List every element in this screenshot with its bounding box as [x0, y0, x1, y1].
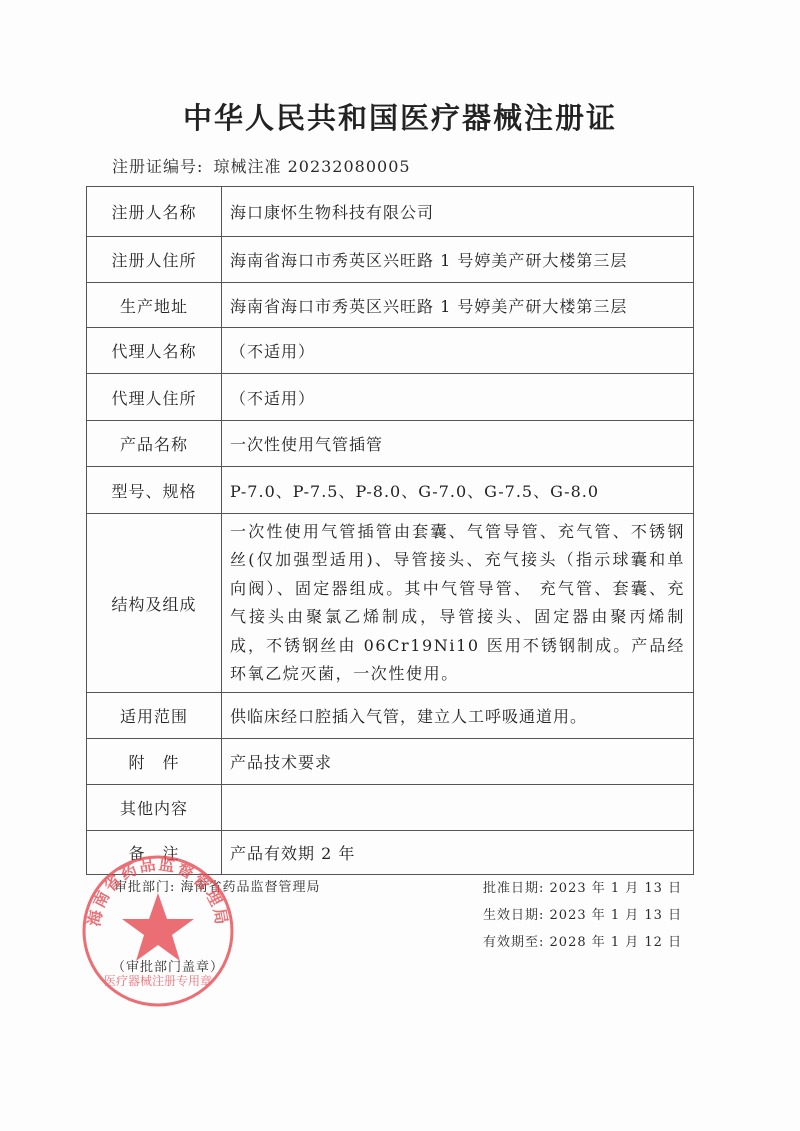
row-label-agent-address: 代理人住所	[87, 374, 222, 421]
row-value-registrant-address: 海南省海口市秀英区兴旺路 1 号婷美产研大楼第三层	[222, 237, 694, 283]
document-title: 中华人民共和国医疗器械注册证	[0, 96, 800, 137]
seal-inner-text: 医疗器械注册专用章	[104, 973, 212, 988]
row-label-scope: 适用范围	[87, 693, 222, 739]
row-value-production-address: 海南省海口市秀英区兴旺路 1 号婷美产研大楼第三层	[222, 283, 694, 328]
approval-department-value: 海南省药品监督管理局	[181, 880, 321, 895]
row-label-product-name: 产品名称	[87, 421, 222, 467]
effective-date-value: 2023 年 1 月 13 日	[550, 908, 683, 923]
registration-number-value: 琼械注准 20232080005	[214, 157, 411, 176]
expiry-date-value: 2028 年 1 月 12 日	[550, 935, 683, 950]
table-row: 备 注 产品有效期 2 年	[87, 831, 694, 875]
approval-department: 审批部门: 海南省药品监督管理局	[114, 876, 321, 895]
row-label-agent-name: 代理人名称	[87, 328, 222, 374]
seal-note: （审批部门盖章）	[112, 956, 224, 975]
row-value-agent-name: （不适用）	[222, 328, 694, 374]
registration-number-label: 注册证编号:	[112, 157, 203, 176]
approval-date-label: 批准日期:	[483, 881, 544, 896]
table-row: 型号、规格 P-7.0、P-7.5、P-8.0、G-7.0、G-7.5、G-8.…	[87, 467, 694, 514]
row-value-model-spec: P-7.0、P-7.5、P-8.0、G-7.0、G-7.5、G-8.0	[222, 467, 694, 514]
table-row: 注册人住所 海南省海口市秀英区兴旺路 1 号婷美产研大楼第三层	[87, 237, 694, 283]
expiry-date: 有效期至: 2028 年 1 月 12 日	[483, 931, 682, 958]
row-value-agent-address: （不适用）	[222, 374, 694, 421]
row-value-product-name: 一次性使用气管插管	[222, 421, 694, 467]
table-row: 结构及组成 一次性使用气管插管由套囊、气管导管、充气管、不锈钢丝(仅加强型适用)…	[87, 514, 694, 693]
certificate-table: 注册人名称 海口康怀生物科技有限公司 注册人住所 海南省海口市秀英区兴旺路 1 …	[86, 186, 694, 875]
row-label-model-spec: 型号、规格	[87, 467, 222, 514]
table-row: 产品名称 一次性使用气管插管	[87, 421, 694, 467]
table-row: 代理人住所 （不适用）	[87, 374, 694, 421]
seal-star-icon	[122, 893, 194, 961]
expiry-date-label: 有效期至:	[483, 935, 544, 950]
row-value-attachment: 产品技术要求	[222, 739, 694, 785]
table-row: 附 件 产品技术要求	[87, 739, 694, 785]
row-value-scope: 供临床经口腔插入气管，建立人工呼吸通道用。	[222, 693, 694, 739]
table-row: 代理人名称 （不适用）	[87, 328, 694, 374]
row-value-remarks: 产品有效期 2 年	[222, 831, 694, 875]
approval-date: 批准日期: 2023 年 1 月 13 日	[483, 877, 682, 904]
row-value-other	[222, 785, 694, 831]
row-label-production-address: 生产地址	[87, 283, 222, 328]
row-label-registrant-address: 注册人住所	[87, 237, 222, 283]
effective-date-label: 生效日期:	[483, 908, 544, 923]
registration-number: 注册证编号: 琼械注准 20232080005	[112, 154, 411, 177]
table-row: 生产地址 海南省海口市秀英区兴旺路 1 号婷美产研大楼第三层	[87, 283, 694, 328]
approval-department-label: 审批部门:	[114, 880, 175, 895]
approval-date-value: 2023 年 1 月 13 日	[550, 881, 683, 896]
row-value-structure: 一次性使用气管插管由套囊、气管导管、充气管、不锈钢丝(仅加强型适用)、导管接头、…	[222, 514, 694, 693]
row-label-registrant-name: 注册人名称	[87, 187, 222, 237]
row-label-attachment: 附 件	[87, 739, 222, 785]
row-label-remarks: 备 注	[87, 831, 222, 875]
row-label-structure: 结构及组成	[87, 514, 222, 693]
row-value-registrant-name: 海口康怀生物科技有限公司	[222, 187, 694, 237]
table-row: 其他内容	[87, 785, 694, 831]
row-label-other: 其他内容	[87, 785, 222, 831]
table-row: 注册人名称 海口康怀生物科技有限公司	[87, 187, 694, 237]
table-row: 适用范围 供临床经口腔插入气管，建立人工呼吸通道用。	[87, 693, 694, 739]
effective-date: 生效日期: 2023 年 1 月 13 日	[483, 904, 682, 931]
dates-block: 批准日期: 2023 年 1 月 13 日 生效日期: 2023 年 1 月 1…	[483, 877, 682, 958]
